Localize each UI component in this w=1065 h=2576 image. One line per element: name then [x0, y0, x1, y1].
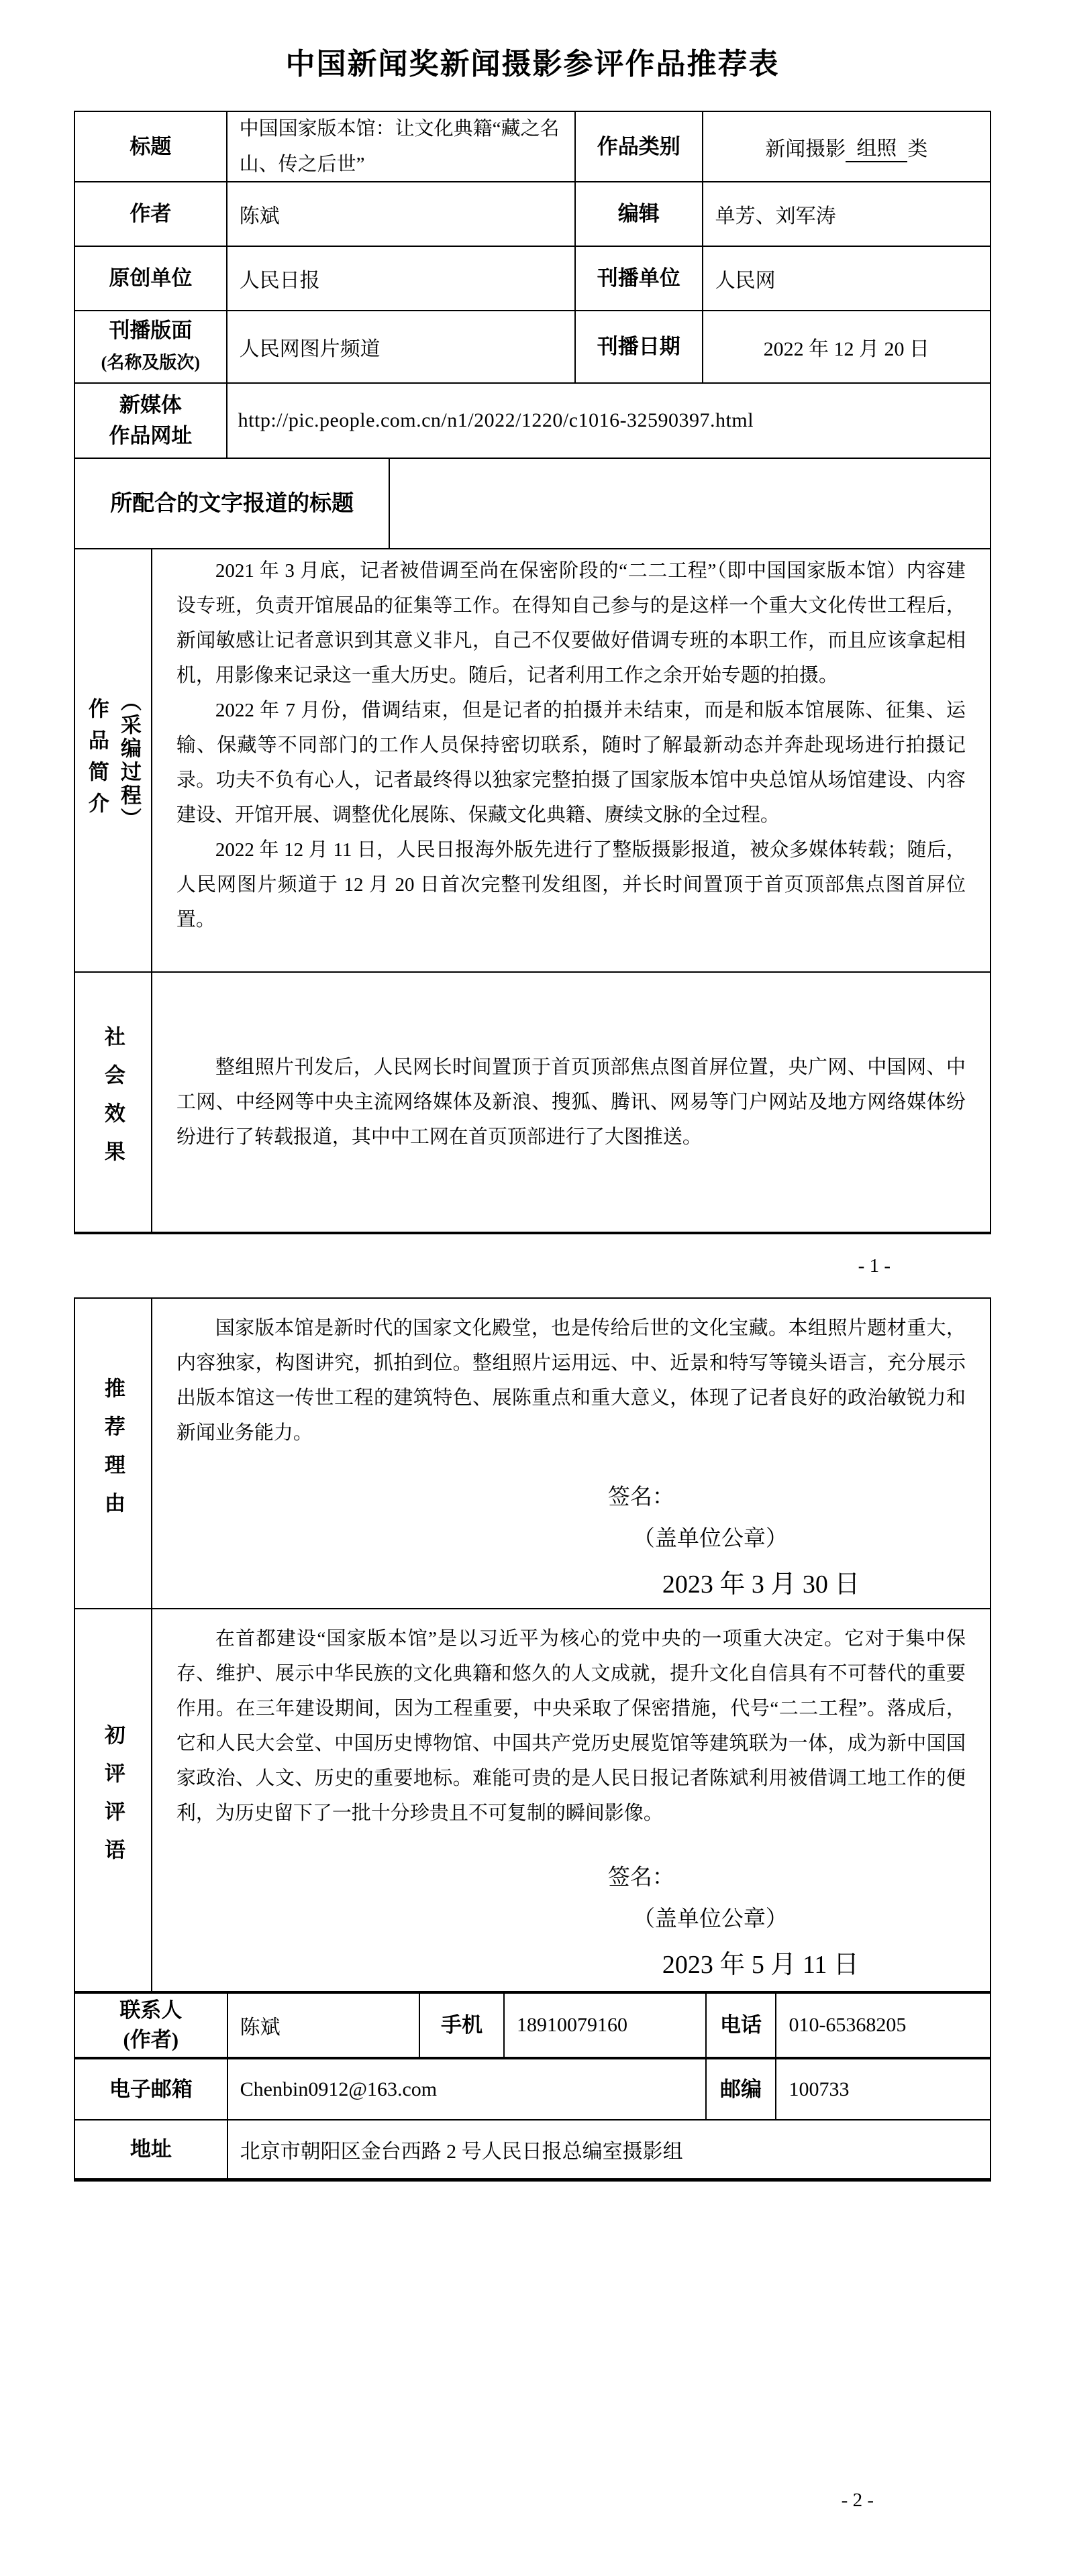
address-label: 地址 [75, 2121, 228, 2182]
email-value: Chenbin0912@163.com [228, 2059, 707, 2121]
author-value: 陈斌 [227, 182, 576, 247]
row-social-effect: 社会效果 整组照片刊发后，人民网长时间置顶于首页顶部焦点图首屏位置，央广网、中国… [75, 973, 991, 1234]
recommendation-table-page2: 推荐理由 国家版本馆是新时代的国家文化殿堂，也是传给后世的文化宝藏。本组照片题材… [74, 1297, 991, 2182]
category-blank-underlined: 组照 [846, 131, 907, 162]
media-url-label-line2: 作品网址 [109, 424, 192, 447]
row-report-title: 所配合的文字报道的标题 [75, 459, 991, 549]
page-number-2: - 2 - [74, 2485, 874, 2516]
recommendation-table-page1: 标题 中国国家版本馆：让文化典籍“藏之名山、传之后世” 作品类别 新闻摄影 组照… [74, 111, 991, 1234]
work-intro-paragraph-3: 2022 年 12 月 11 日，人民日报海外版先进行了整版摄影报道，被众多媒体… [176, 833, 966, 937]
media-url-value: http://pic.people.com.cn/n1/2022/1220/c1… [227, 384, 991, 459]
zip-value: 100733 [776, 2059, 991, 2121]
contact-label-line1: 联系人 [119, 1998, 182, 2022]
publish-layout-label-line2: (名称及版次) [101, 353, 200, 372]
media-url-label-line1: 新媒体 [119, 393, 182, 417]
origin-org-value: 人民日报 [227, 247, 576, 311]
publish-date-label: 刊播日期 [576, 311, 703, 384]
review-sign-block: 签名： （盖单位公章） 2023 年 5 月 11 日 [176, 1863, 966, 1980]
work-intro-label: 作品简介 （采编过程） [75, 549, 152, 973]
author-label: 作者 [75, 182, 227, 247]
contact-label-line2: (作者) [123, 2028, 179, 2051]
recommend-reason-text: 国家版本馆是新时代的国家文化殿堂，也是传给后世的文化宝藏。本组照片题材重大，内容… [152, 1299, 991, 1609]
row-contact: 联系人 (作者) 陈斌 手机 18910079160 电话 010-653682… [75, 1994, 991, 2059]
row-media-url: 新媒体 作品网址 http://pic.people.com.cn/n1/202… [75, 384, 991, 459]
report-title-value [390, 459, 991, 549]
phone-value: 010-65368205 [776, 1994, 991, 2059]
media-url-label-lines: 新媒体 作品网址 [109, 390, 192, 451]
work-intro-label-main: 作品简介 [82, 698, 112, 824]
work-intro-label-paren: （采编过程） [114, 690, 144, 831]
social-effect-paragraph: 整组照片刊发后，人民网长时间置顶于首页顶部焦点图首屏位置，央广网、中国网、中工网… [176, 1050, 966, 1155]
contact-label-lines: 联系人 (作者) [119, 1996, 182, 2055]
row-initial-review: 初评评语 在首都建设“国家版本馆”是以习近平为核心的党中央的一项重大决定。它对于… [75, 1609, 991, 1994]
row-recommend-reason: 推荐理由 国家版本馆是新时代的国家文化殿堂，也是传给后世的文化宝藏。本组照片题材… [75, 1299, 991, 1609]
row-email: 电子邮箱 Chenbin0912@163.com 邮编 100733 [75, 2059, 991, 2121]
recommend-sign-block: 签名： （盖单位公章） 2023 年 3 月 30 日 [176, 1483, 966, 1599]
review-sign-date: 2023 年 5 月 11 日 [662, 1950, 966, 1980]
recommend-reason-label-text: 推荐理由 [98, 1377, 128, 1530]
publish-org-value: 人民网 [703, 247, 991, 311]
publish-layout-label-lines: 刊播版面 (名称及版次) [101, 315, 200, 378]
recommend-reason-label: 推荐理由 [75, 1299, 152, 1609]
recommend-signature-label: 签名： [608, 1483, 966, 1512]
publish-layout-label: 刊播版面 (名称及版次) [75, 311, 227, 384]
media-url-label: 新媒体 作品网址 [75, 384, 227, 459]
initial-review-label-text: 初评评语 [98, 1724, 128, 1877]
work-intro-text: 2021 年 3 月底，记者被借调至尚在保密阶段的“二二工程”（即中国国家版本馆… [152, 549, 991, 973]
row-title: 标题 中国国家版本馆：让文化典籍“藏之名山、传之后世” 作品类别 新闻摄影 组照… [75, 112, 991, 182]
contact-name-value: 陈斌 [228, 1994, 421, 2059]
document-sheet: 中国新闻奖新闻摄影参评作品推荐表 标题 中国国家版本馆：让文化典籍“藏之名山、传… [0, 47, 1065, 2516]
contact-label: 联系人 (作者) [75, 1994, 228, 2059]
report-title-label: 所配合的文字报道的标题 [75, 459, 390, 549]
email-label: 电子邮箱 [75, 2059, 228, 2121]
row-publish-layout: 刊播版面 (名称及版次) 人民网图片频道 刊播日期 2022 年 12 月 20… [75, 311, 991, 384]
publish-org-label: 刊播单位 [576, 247, 703, 311]
address-value: 北京市朝阳区金台西路 2 号人民日报总编室摄影组 [228, 2121, 991, 2182]
social-effect-label: 社会效果 [75, 973, 152, 1234]
recommend-sign-date: 2023 年 3 月 30 日 [662, 1570, 966, 1599]
review-seal-note: （盖单位公章） [633, 1904, 966, 1934]
social-effect-text: 整组照片刊发后，人民网长时间置顶于首页顶部焦点图首屏位置，央广网、中国网、中工网… [152, 973, 991, 1234]
work-intro-paragraph-2: 2022 年 7 月份，借调结束，但是记者的拍摄并未结束，而是和版本馆展陈、征集… [176, 693, 966, 833]
editor-value: 单芳、刘军涛 [703, 182, 991, 247]
category-label: 作品类别 [576, 112, 703, 182]
page-number-1: - 1 - [74, 1250, 891, 1281]
row-address: 地址 北京市朝阳区金台西路 2 号人民日报总编室摄影组 [75, 2121, 991, 2182]
title-value: 中国国家版本馆：让文化典籍“藏之名山、传之后世” [227, 112, 576, 182]
row-origin-org: 原创单位 人民日报 刊播单位 人民网 [75, 247, 991, 311]
origin-org-label: 原创单位 [75, 247, 227, 311]
recommend-reason-paragraph: 国家版本馆是新时代的国家文化殿堂，也是传给后世的文化宝藏。本组照片题材重大，内容… [176, 1311, 966, 1450]
mobile-label: 手机 [420, 1994, 505, 2059]
title-label: 标题 [75, 112, 227, 182]
zip-label: 邮编 [707, 2059, 777, 2121]
row-work-intro: 作品简介 （采编过程） 2021 年 3 月底，记者被借调至尚在保密阶段的“二二… [75, 549, 991, 973]
work-intro-paragraph-1: 2021 年 3 月底，记者被借调至尚在保密阶段的“二二工程”（即中国国家版本馆… [176, 553, 966, 693]
initial-review-paragraph: 在首都建设“国家版本馆”是以习近平为核心的党中央的一项重大决定。它对于集中保存、… [176, 1621, 966, 1831]
publish-layout-value: 人民网图片频道 [227, 311, 576, 384]
category-suffix: 类 [907, 132, 927, 162]
initial-review-text: 在首都建设“国家版本馆”是以习近平为核心的党中央的一项重大决定。它对于集中保存、… [152, 1609, 991, 1994]
category-value: 新闻摄影 组照 类 [703, 112, 991, 182]
publish-layout-label-line1: 刊播版面 [109, 319, 192, 342]
page-title: 中国新闻奖新闻摄影参评作品推荐表 [74, 47, 991, 82]
mobile-value: 18910079160 [505, 1994, 707, 2059]
recommend-seal-note: （盖单位公章） [633, 1524, 966, 1554]
row-author: 作者 陈斌 编辑 单芳、刘军涛 [75, 182, 991, 247]
category-prefix: 新闻摄影 [765, 132, 846, 162]
social-effect-label-text: 社会效果 [98, 1026, 128, 1179]
initial-review-label: 初评评语 [75, 1609, 152, 1994]
review-signature-label: 签名： [608, 1863, 966, 1892]
publish-date-value: 2022 年 12 月 20 日 [703, 311, 991, 384]
editor-label: 编辑 [576, 182, 703, 247]
phone-label: 电话 [707, 1994, 777, 2059]
